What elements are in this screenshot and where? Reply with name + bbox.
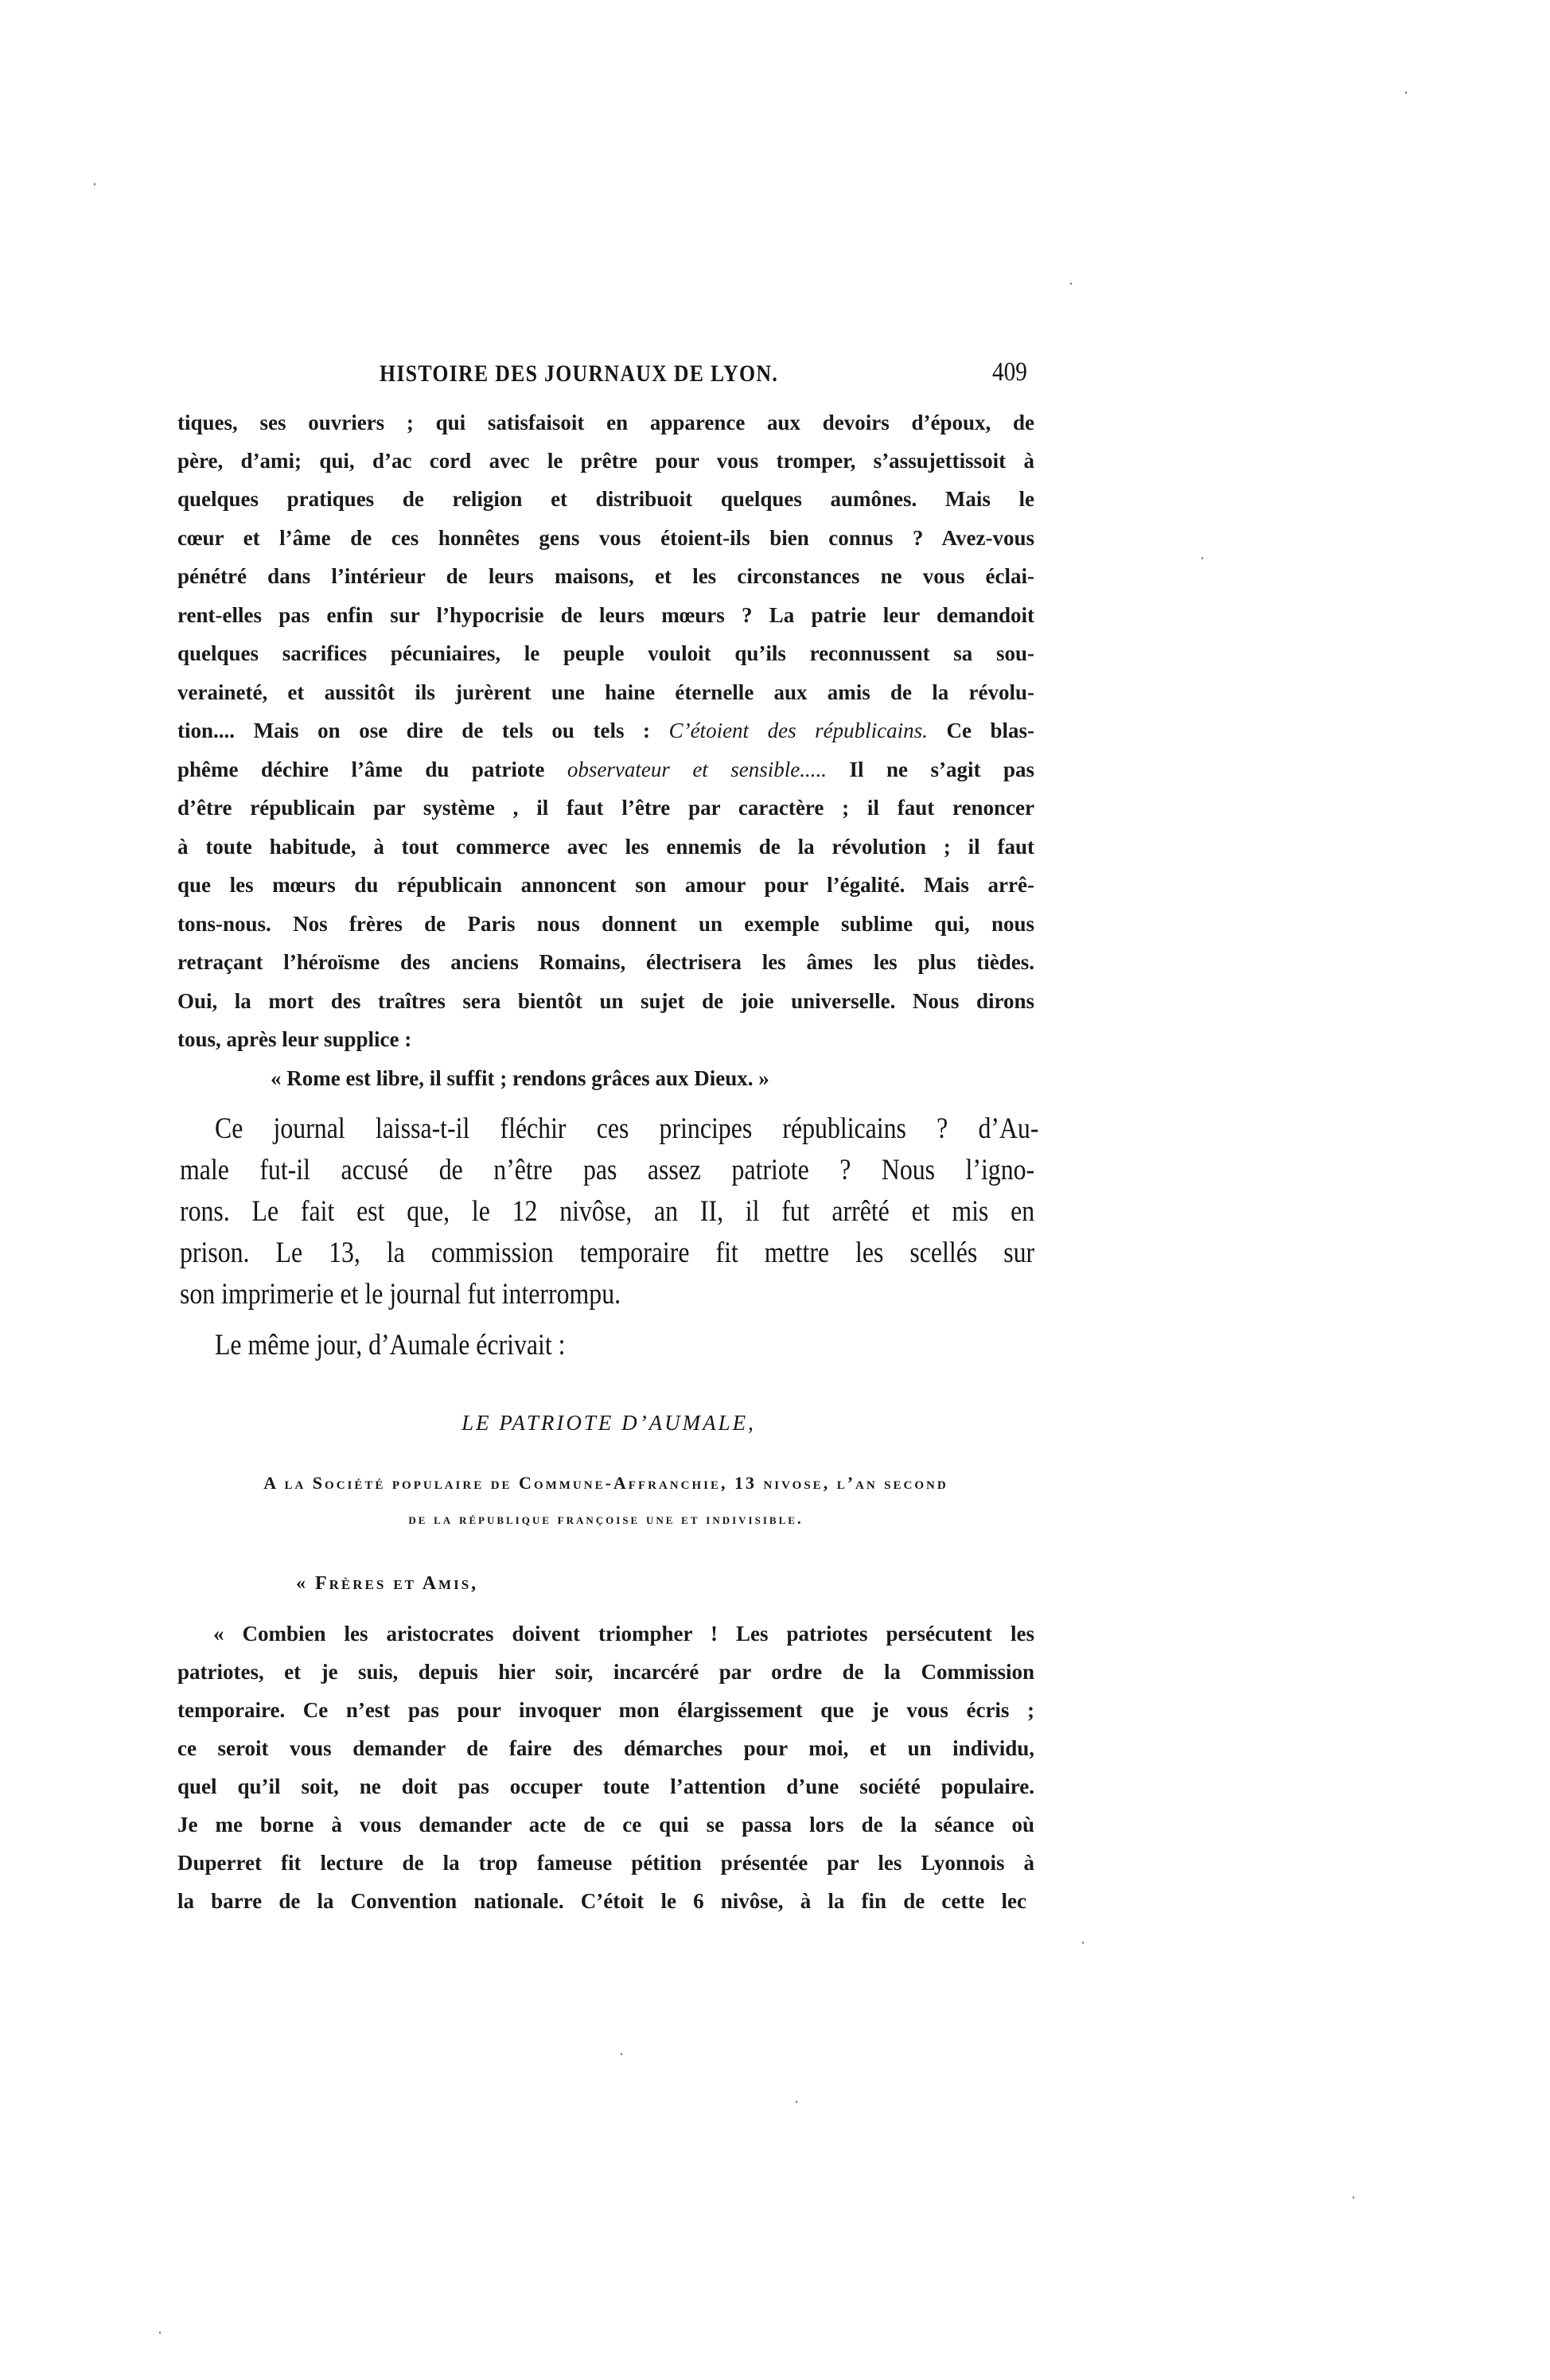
letter-heading: LE PATRIOTE D’AUMALE,	[0, 1412, 1217, 1434]
quoted-line: veraineté, et aussitôt ils jurèrent une …	[177, 682, 1034, 703]
quoted-line: cœur et l’âme de ces honnêtes gens vous …	[177, 528, 1034, 549]
quoted-line: tons-nous. Nos frères de Paris nous donn…	[177, 913, 1034, 935]
narrative-intro: Le même jour, d’Aumale écrivait :	[215, 1330, 1069, 1360]
running-head-title: HISTOIRE DES JOURNAUX DE LYON.	[380, 362, 778, 386]
quoted-line: pénétré dans l’intérieur de leurs maison…	[177, 566, 1034, 587]
quoted-line: retraçant l’héroïsme des anciens Romains…	[177, 952, 1034, 973]
scan-speck	[621, 2053, 622, 2055]
scan-speck	[1070, 282, 1072, 285]
quoted-line: d’être républicain par système , il faut…	[177, 797, 1034, 819]
scan-speck	[94, 183, 95, 185]
letter-line: Je me borne à vous demander acte de ce q…	[177, 1814, 1034, 1836]
quoted-line: Oui, la mort des traîtres sera bientôt u…	[177, 991, 1034, 1012]
letter-line: la barre de la Convention nationale. C’é…	[177, 1891, 1026, 1912]
quoted-line: quelques pratiques de religion et distri…	[177, 489, 1034, 510]
scan-speck	[1353, 2196, 1354, 2199]
narrative-line: male fut-il accusé de n’être pas assez p…	[180, 1155, 1034, 1185]
quoted-line: à toute habitude, à tout commerce avec l…	[177, 836, 1034, 858]
letter-line: patriotes, et je suis, depuis hier soir,…	[177, 1661, 1034, 1683]
letter-line: quel qu’il soit, ne doit pas occuper tou…	[177, 1776, 1034, 1798]
quoted-line: tous, après leur supplice :	[177, 1029, 1034, 1050]
narrative-line: prison. Le 13, la commission temporaire …	[180, 1238, 1034, 1268]
scan-speck	[1405, 92, 1407, 94]
page-number: 409	[992, 359, 1027, 386]
letter-line: Duperret fit lecture de la trop fameuse …	[177, 1852, 1034, 1874]
scanned-book-page: HISTOIRE DES JOURNAUX DE LYON. 409 tique…	[0, 0, 1550, 2380]
verse-quote: « Rome est libre, il suffit ; rendons gr…	[271, 1068, 769, 1089]
quoted-line: que les mœurs du républicain annoncent s…	[177, 874, 1034, 896]
letter-salutation: « Frères et Amis,	[296, 1574, 478, 1593]
letter-line: temporaire. Ce n’est pas pour invoquer m…	[177, 1700, 1034, 1721]
quoted-line: tiques, ses ouvriers ; qui satisfaisoit …	[177, 412, 1034, 434]
quoted-line-italic: C’étoient des républicains.	[669, 719, 928, 742]
scan-speck	[796, 2101, 797, 2103]
quoted-line-mixed: tion.... Mais on ose dire de tels ou tel…	[177, 720, 1034, 742]
quoted-line: père, d’ami; qui, d’ac cord avec le prêt…	[177, 450, 1034, 472]
quoted-line-mixed: phême déchire l’âme du patriote observat…	[177, 759, 1034, 781]
letter-address-line: A la Société populaire de Commune-Affran…	[177, 1474, 1034, 1492]
quoted-line-tail: Ce blas-	[928, 719, 1034, 742]
quoted-line-italic: observateur et sensible.....	[567, 758, 827, 781]
narrative-line: rons. Le fait est que, le 12 nivôse, an …	[180, 1197, 1034, 1226]
quoted-line-tail: Il ne s’agit pas	[827, 758, 1034, 781]
quoted-line: rent-elles pas enfin sur l’hypocrisie de…	[177, 605, 1034, 626]
quoted-line-start: tion.... Mais on ose dire de tels ou tel…	[177, 719, 650, 742]
scan-speck	[1201, 557, 1203, 559]
quoted-line-start: phême déchire l’âme du patriote	[177, 758, 544, 781]
scan-speck	[1082, 1942, 1084, 1944]
letter-address-line: de la république françoise une et indivi…	[177, 1512, 1034, 1527]
letter-line: « Combien les aristocrates doivent triom…	[213, 1623, 1034, 1645]
scan-speck	[159, 2331, 161, 2334]
narrative-line: Ce journal laissa-t-il fléchir ces princ…	[215, 1114, 1038, 1143]
letter-line: ce seroit vous demander de faire des dém…	[177, 1738, 1034, 1759]
narrative-line: son imprimerie et le journal fut interro…	[180, 1280, 1034, 1309]
quoted-line: quelques sacrifices pécuniaires, le peup…	[177, 643, 1034, 664]
